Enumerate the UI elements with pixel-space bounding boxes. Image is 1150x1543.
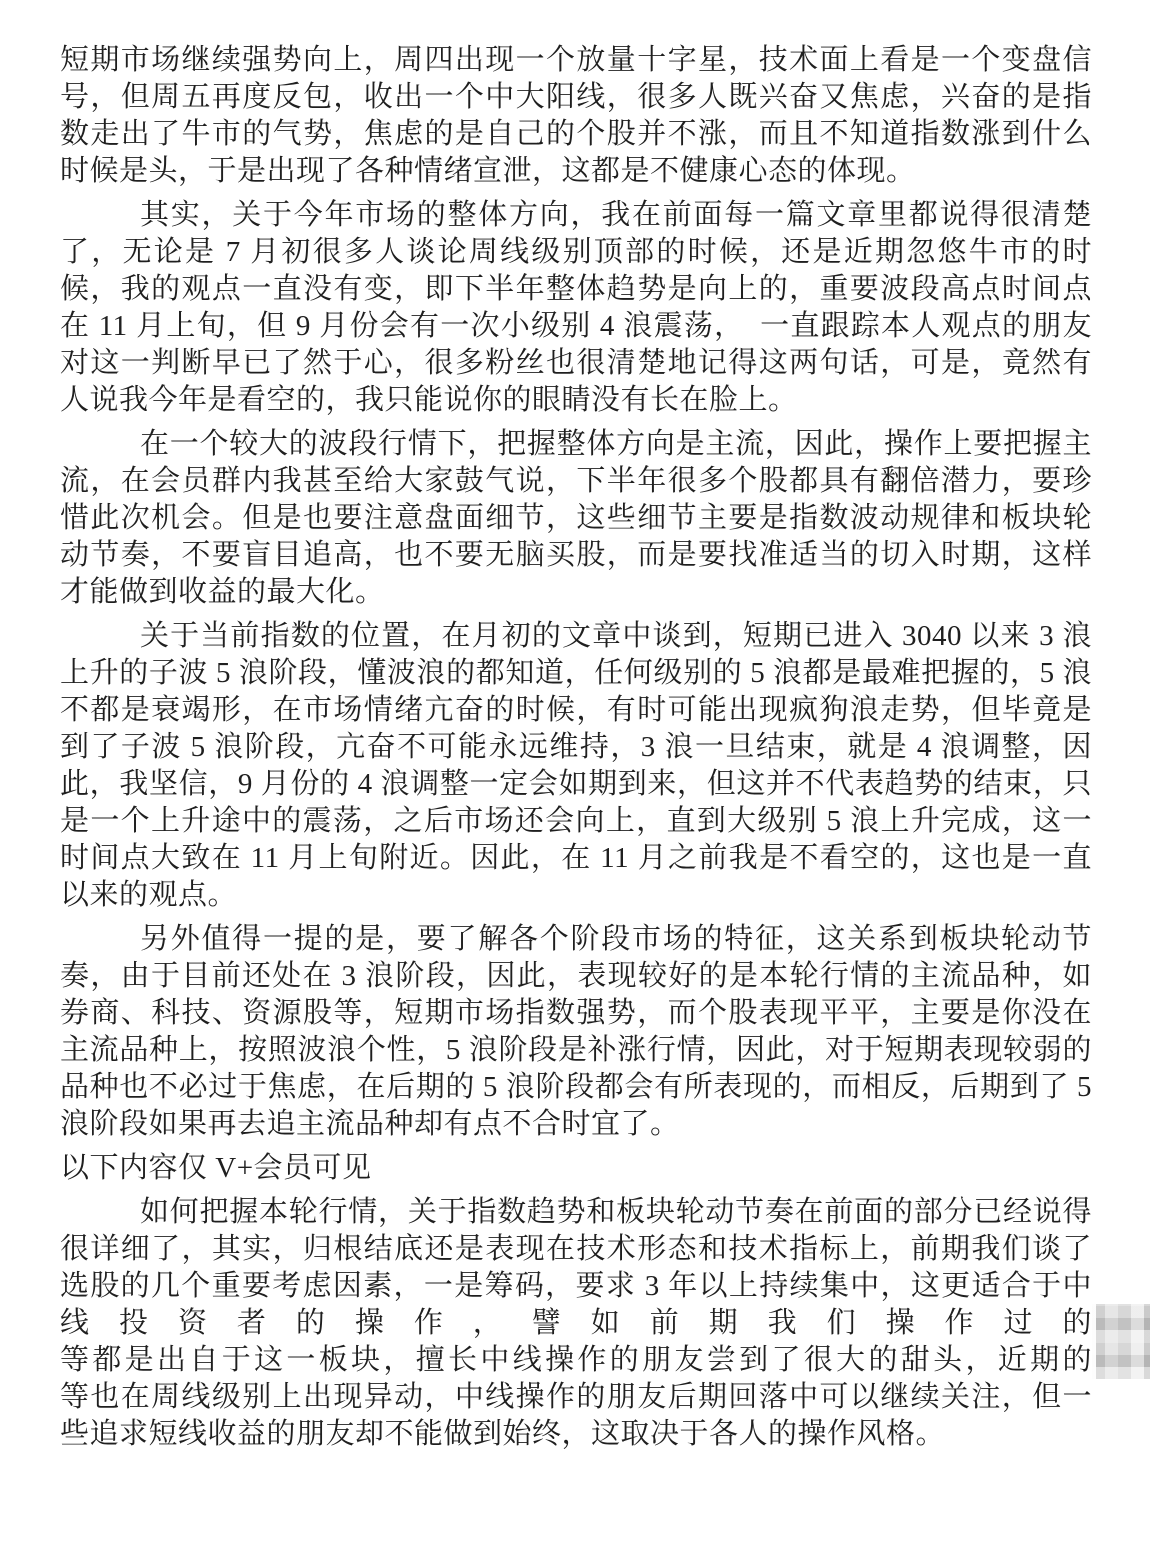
vip-paragraph-text-2: 等都是出自于这一板块，擅长中线操作的朋友尝到了很大的甜头，近期的	[60, 1344, 1092, 1376]
vip-paragraph: 如何把握本轮行情，关于指数趋势和板块轮动节奏在前面的部分已经说得很详细了，其实，…	[60, 1194, 1092, 1453]
vip-paragraph-text-1: 如何把握本轮行情，关于指数趋势和板块轮动节奏在前面的部分已经说得很详细了，其实，…	[60, 1196, 1092, 1339]
paragraph-current-index-position: 关于当前指数的位置，在月初的文章中谈到，短期已进入 3040 以来 3 浪上升的…	[60, 618, 1092, 914]
paragraph-market-short-term: 短期市场继续强势向上，周四出现一个放量十字星，技术面上看是一个变盘信号，但周五再…	[60, 42, 1092, 190]
censored-stock-names-2	[1092, 1341, 1150, 1379]
paragraph-sector-rotation: 另外值得一提的是，要了解各个阶段市场的特征，这关系到板块轮动节奏，由于目前还处在…	[60, 921, 1092, 1143]
vip-paragraph-text-3: 等也在周线级别上出现异动，中线操作的朋友后期回落中可以继续关注，但一些追求短线收…	[60, 1381, 1092, 1450]
censored-stock-names-1	[1092, 1304, 1150, 1342]
paragraph-wave-band-strategy: 在一个较大的波段行情下，把握整体方向是主流，因此，操作上要把握主流，在会员群内我…	[60, 426, 1092, 611]
vip-members-only-heading: 以下内容仅 V+会员可见	[60, 1150, 1092, 1187]
paragraph-yearly-direction: 其实，关于今年市场的整体方向，我在前面每一篇文章里都说得很清楚了，无论是 7 月…	[60, 197, 1092, 419]
article-page: 短期市场继续强势向上，周四出现一个放量十字星，技术面上看是一个变盘信号，但周五再…	[0, 0, 1150, 1543]
